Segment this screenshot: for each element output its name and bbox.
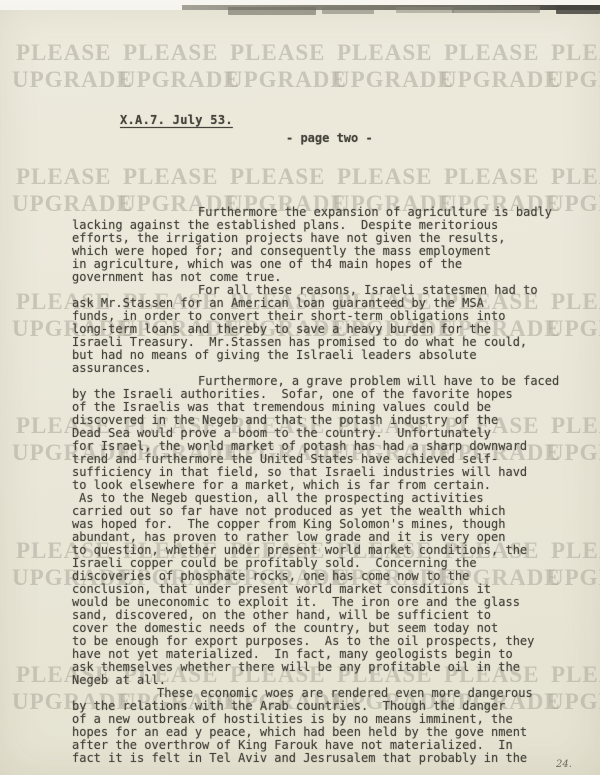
scan-artifact <box>228 7 316 15</box>
watermark-word: UPGRADE <box>119 68 240 91</box>
watermark-word: PLEASE <box>123 165 218 188</box>
document-line: fact it is felt in Tel Aviv and Jesrusal… <box>72 752 564 765</box>
scan-artifact <box>396 7 454 13</box>
paper-sheet: PLEASEPLEASEPLEASEPLEASEPLEASEPLEASEUPGR… <box>0 5 600 775</box>
handwritten-page-number: 24. <box>556 759 572 770</box>
watermark-word: PLEASE <box>337 165 432 188</box>
watermark-word: PLEASE <box>444 165 539 188</box>
watermark-word: PLEASE <box>444 41 539 64</box>
watermark-word: PLEASE <box>230 41 325 64</box>
watermark-word: UPGRADE <box>226 68 347 91</box>
watermark-word: PLEASE <box>337 41 432 64</box>
reference-heading: X.A.7. July 53. <box>120 113 233 127</box>
scan-edge-light <box>0 5 186 10</box>
watermark-word: UPGRADE <box>547 68 600 91</box>
watermark-word: PLEASE <box>230 165 325 188</box>
document-body: Furthermore the expansion of agriculture… <box>72 206 564 765</box>
scan-artifact <box>556 5 600 14</box>
watermark-word: UPGRADE <box>440 68 561 91</box>
scanned-document: PLEASEPLEASEPLEASEPLEASEPLEASEPLEASEUPGR… <box>0 0 600 775</box>
watermark-word: PLEASE <box>16 41 111 64</box>
watermark-word: UPGRADE <box>333 68 454 91</box>
watermark-word: UPGRADE <box>12 68 133 91</box>
watermark-word: PLEASE <box>123 41 218 64</box>
scan-artifact <box>322 7 374 14</box>
watermark-word: PLEASE <box>16 165 111 188</box>
scan-artifact <box>452 6 540 13</box>
page-heading: - page two - <box>286 131 373 145</box>
watermark-word: PLEASE <box>551 41 600 64</box>
watermark-word: PLEASE <box>551 165 600 188</box>
